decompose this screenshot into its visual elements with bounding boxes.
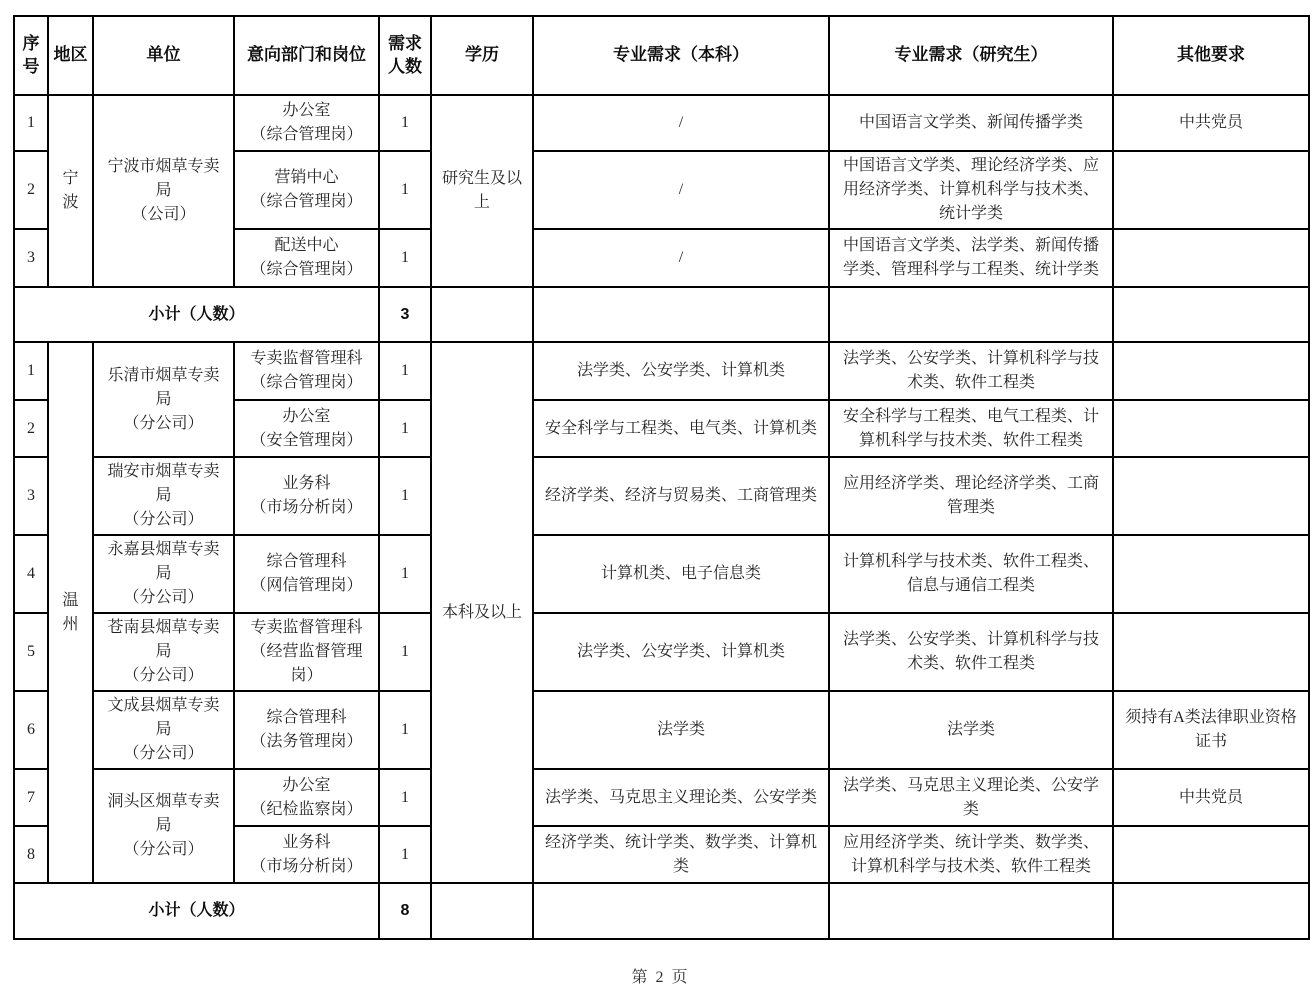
cell-other	[1113, 613, 1309, 691]
cell-unit: 瑞安市烟草专卖局 （分公司）	[93, 457, 234, 535]
cell-seq: 5	[14, 613, 48, 691]
cell-count: 1	[379, 400, 431, 457]
cell-other	[1113, 342, 1309, 400]
subtotal-row: 小计（人数） 3	[14, 287, 1309, 342]
cell-seq: 6	[14, 691, 48, 769]
cell-major-bachelor: 计算机类、电子信息类	[533, 535, 829, 613]
cell-other: 须持有A类法律职业资格证书	[1113, 691, 1309, 769]
cell-count: 1	[379, 535, 431, 613]
subtotal-empty-cell	[533, 287, 829, 342]
cell-dept: 配送中心 （综合管理岗）	[234, 229, 379, 287]
cell-count: 1	[379, 151, 431, 229]
cell-unit: 乐清市烟草专卖局 （分公司）	[93, 342, 234, 457]
cell-unit: 宁波市烟草专卖局 （公司）	[93, 95, 234, 287]
cell-dept: 综合管理科 （网信管理岗）	[234, 535, 379, 613]
subtotal-empty-cell	[431, 883, 533, 939]
subtotal-label-cell: 小计（人数）	[14, 883, 379, 939]
col-header-education: 学历	[431, 16, 533, 95]
cell-other: 中共党员	[1113, 769, 1309, 826]
cell-count: 1	[379, 769, 431, 826]
cell-dept: 综合管理科 （法务管理岗）	[234, 691, 379, 769]
cell-major-graduate: 法学类、公安学类、计算机科学与技术类、软件工程类	[829, 342, 1113, 400]
cell-other	[1113, 229, 1309, 287]
col-header-other: 其他要求	[1113, 16, 1309, 95]
cell-major-bachelor: 法学类	[533, 691, 829, 769]
document-page: 序号 地区 单位 意向部门和岗位 需求 人数 学历 专业需求（本科） 专业需求（…	[0, 0, 1313, 987]
cell-other	[1113, 400, 1309, 457]
cell-major-graduate: 安全科学与工程类、电气工程类、计算机科学与技术类、软件工程类	[829, 400, 1113, 457]
cell-major-bachelor: 法学类、公安学类、计算机类	[533, 342, 829, 400]
cell-dept: 办公室 （纪检监察岗）	[234, 769, 379, 826]
col-header-count: 需求 人数	[379, 16, 431, 95]
subtotal-empty-cell	[431, 287, 533, 342]
table-row: 1 宁波 宁波市烟草专卖局 （公司） 办公室 （综合管理岗） 1 研究生及以上 …	[14, 95, 1309, 151]
cell-unit: 洞头区烟草专卖局 （分公司）	[93, 769, 234, 883]
col-header-major-graduate: 专业需求（研究生）	[829, 16, 1113, 95]
subtotal-empty-cell	[1113, 883, 1309, 939]
cell-major-graduate: 计算机科学与技术类、软件工程类、信息与通信工程类	[829, 535, 1113, 613]
cell-major-bachelor: /	[533, 229, 829, 287]
cell-major-bachelor: 法学类、马克思主义理论类、公安学类	[533, 769, 829, 826]
cell-count: 1	[379, 229, 431, 287]
cell-count: 1	[379, 826, 431, 883]
col-header-seq: 序号	[14, 16, 48, 95]
cell-major-bachelor: /	[533, 95, 829, 151]
cell-other	[1113, 457, 1309, 535]
cell-seq: 2	[14, 151, 48, 229]
subtotal-empty-cell	[1113, 287, 1309, 342]
subtotal-empty-cell	[829, 883, 1113, 939]
cell-major-bachelor: 经济学类、统计学类、数学类、计算机类	[533, 826, 829, 883]
subtotal-row: 小计（人数） 8	[14, 883, 1309, 939]
cell-count: 1	[379, 691, 431, 769]
cell-count: 1	[379, 457, 431, 535]
table-row: 5 苍南县烟草专卖局 （分公司） 专卖监督管理科 （经营监督管理岗） 1 法学类…	[14, 613, 1309, 691]
col-header-region: 地区	[48, 16, 93, 95]
header-row: 序号 地区 单位 意向部门和岗位 需求 人数 学历 专业需求（本科） 专业需求（…	[14, 16, 1309, 95]
cell-education: 本科及以上	[431, 342, 533, 883]
cell-major-graduate: 法学类	[829, 691, 1113, 769]
cell-dept: 办公室 （安全管理岗）	[234, 400, 379, 457]
cell-dept: 专卖监督管理科 （经营监督管理岗）	[234, 613, 379, 691]
table-row: 6 文成县烟草专卖局 （分公司） 综合管理科 （法务管理岗） 1 法学类 法学类…	[14, 691, 1309, 769]
cell-major-graduate: 应用经济学类、理论经济学类、工商管理类	[829, 457, 1113, 535]
cell-major-bachelor: 经济学类、经济与贸易类、工商管理类	[533, 457, 829, 535]
recruitment-table: 序号 地区 单位 意向部门和岗位 需求 人数 学历 专业需求（本科） 专业需求（…	[13, 15, 1310, 940]
cell-dept: 专卖监督管理科 （综合管理岗）	[234, 342, 379, 400]
cell-major-graduate: 法学类、公安学类、计算机科学与技术类、软件工程类	[829, 613, 1113, 691]
cell-unit: 苍南县烟草专卖局 （分公司）	[93, 613, 234, 691]
subtotal-label-cell: 小计（人数）	[14, 287, 379, 342]
cell-seq: 8	[14, 826, 48, 883]
cell-count: 1	[379, 613, 431, 691]
col-header-dept: 意向部门和岗位	[234, 16, 379, 95]
cell-count: 1	[379, 342, 431, 400]
cell-major-bachelor: 安全科学与工程类、电气类、计算机类	[533, 400, 829, 457]
page-number-footer: 第 2 页	[13, 964, 1308, 987]
cell-unit: 文成县烟草专卖局 （分公司）	[93, 691, 234, 769]
cell-major-graduate: 中国语言文学类、法学类、新闻传播学类、管理科学与工程类、统计学类	[829, 229, 1113, 287]
cell-seq: 7	[14, 769, 48, 826]
cell-major-graduate: 应用经济学类、统计学类、数学类、计算机科学与技术类、软件工程类	[829, 826, 1113, 883]
cell-dept: 业务科 （市场分析岗）	[234, 457, 379, 535]
subtotal-value-cell: 8	[379, 883, 431, 939]
cell-other	[1113, 826, 1309, 883]
cell-other	[1113, 151, 1309, 229]
cell-count: 1	[379, 95, 431, 151]
cell-other	[1113, 535, 1309, 613]
col-header-major-bachelor: 专业需求（本科）	[533, 16, 829, 95]
subtotal-empty-cell	[829, 287, 1113, 342]
col-header-unit: 单位	[93, 16, 234, 95]
cell-unit: 永嘉县烟草专卖局 （分公司）	[93, 535, 234, 613]
table-row: 7 洞头区烟草专卖局 （分公司） 办公室 （纪检监察岗） 1 法学类、马克思主义…	[14, 769, 1309, 826]
cell-education: 研究生及以上	[431, 95, 533, 287]
cell-major-graduate: 中国语言文学类、新闻传播学类	[829, 95, 1113, 151]
subtotal-empty-cell	[533, 883, 829, 939]
cell-seq: 2	[14, 400, 48, 457]
cell-seq: 3	[14, 229, 48, 287]
cell-major-bachelor: 法学类、公安学类、计算机类	[533, 613, 829, 691]
cell-seq: 3	[14, 457, 48, 535]
table-row: 4 永嘉县烟草专卖局 （分公司） 综合管理科 （网信管理岗） 1 计算机类、电子…	[14, 535, 1309, 613]
table-row: 3 瑞安市烟草专卖局 （分公司） 业务科 （市场分析岗） 1 经济学类、经济与贸…	[14, 457, 1309, 535]
cell-other: 中共党员	[1113, 95, 1309, 151]
cell-region: 温州	[48, 342, 93, 883]
cell-seq: 4	[14, 535, 48, 613]
cell-seq: 1	[14, 342, 48, 400]
cell-major-graduate: 中国语言文学类、理论经济学类、应用经济学类、计算机科学与技术类、统计学类	[829, 151, 1113, 229]
cell-dept: 业务科 （市场分析岗）	[234, 826, 379, 883]
subtotal-value-cell: 3	[379, 287, 431, 342]
cell-dept: 办公室 （综合管理岗）	[234, 95, 379, 151]
cell-major-bachelor: /	[533, 151, 829, 229]
cell-major-graduate: 法学类、马克思主义理论类、公安学类	[829, 769, 1113, 826]
table-row: 1 温州 乐清市烟草专卖局 （分公司） 专卖监督管理科 （综合管理岗） 1 本科…	[14, 342, 1309, 400]
cell-dept: 营销中心 （综合管理岗）	[234, 151, 379, 229]
cell-seq: 1	[14, 95, 48, 151]
cell-region: 宁波	[48, 95, 93, 287]
